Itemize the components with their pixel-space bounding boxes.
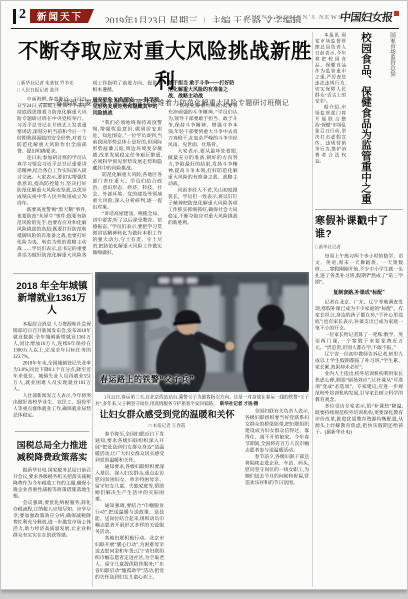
photo-caption-text: 1月22日,春运第二天,在北京西站站台,乘警父子为旅客指引方向。这是一对奋战在春…: [95, 395, 309, 406]
paragraph: 大家表示,要从最坏处着眼,做最充分的准备,朝好的方向努力,争取最好的结果,发扬斗…: [168, 148, 238, 187]
paragraph: 记者在北京、广东、辽宁等地调查发现,寒假补课已成为不少家庭的“标配”。有家长坦言…: [315, 299, 403, 332]
jobs-article-body: 本报综合消息 人力资源和社会保障部近日召开新闻发布会,发布2018年就业数据:全…: [13, 321, 91, 425]
column-hairline-left: [92, 273, 93, 587]
paragraph: 业内人士指出,校外培训机构利用家长焦虑心理,制造“剧场效应”,让补课从“可选项”…: [315, 371, 403, 404]
paragraph: 中南海畔,春意渐近。1月21日至24日,省部级主要领导干部坚持底线思维着力防范化…: [17, 96, 87, 155]
paragraph: “防范化解重大风险,需要有充沛顽强的斗争精神。”学员们认为,领导干部要敢于担当、…: [168, 103, 238, 149]
lead-paragraphs-2: “我们必须始终保持高度警惕,增强忧患意识,做到居安思危、知危图安。”一位学员谈到…: [93, 120, 163, 257]
market-kicker: 国家市场监管总局:: [385, 32, 400, 142]
paragraph: 本报讯 国家市场监督管理总局负责人日前表示,今年将把校园食品、保健食品作为监管重…: [315, 32, 346, 104]
paragraph: □ 新华社记者 朱基钗 罗争光: [17, 80, 87, 86]
tutoring-article-body: □ 新华社记者 每周上午练习两个多小时的数学、语文、英语,周末一天舞蹈班、一天奥…: [315, 244, 403, 596]
jobs-headline: 2018 年全年城镇新增就业1361万人: [13, 281, 91, 317]
paragraph: 据介绍,市场监管部门将开展联合整治“保健”市场乱象百日行动,坚决打击虚假宣传、违…: [315, 104, 346, 164]
paragraph: 各地妇联积极行动。北京市妇联开展“暖心行动”,为困难母亲送去慰问金和年货;辽宁省…: [95, 535, 164, 581]
paragraph: “我们必须始终保持高度警惕,增强忧患意识,做到居安思危、知危图安。”一位学员谈到…: [93, 120, 163, 172]
left-column-divider: [15, 431, 89, 432]
left-column: 2018 年全年城镇新增就业1361万人 本报综合消息 人力资源和社会保障部近日…: [13, 273, 91, 588]
column-hairline-right: [312, 32, 313, 587]
paragraph: □ 人民日报记者 张洋: [17, 87, 87, 93]
tutoring-paragraphs-2: 记者在北京、广东、辽宁等地调查发现,寒假补课已成为不少家庭的“标配”。有家长坦言…: [315, 299, 403, 436]
lead-crosshead-1: 居安思危 知危图安——科学预见形势发展走势和隐藏其中的风险挑战: [93, 97, 163, 117]
paragraph: 通知要求,各级妇联组织要深入基层、深入妇女群众,重点走访慰问贫困妇女、单亲特困母…: [95, 464, 164, 503]
dateline-separator: |: [204, 17, 206, 23]
paragraph: 春节将至,全国妇联近日下发通知,要求各级妇联组织深入开展“把爱送到妇女群众身边”…: [95, 431, 164, 464]
lead-bylines: □ 新华社记者 朱基钗 罗争光□ 人民日报记者 张洋: [17, 80, 87, 93]
market-article-body: 本报讯 国家市场监督管理总局负责人日前表示,今年将把校园食品、保健食品作为监管重…: [315, 32, 346, 204]
women-byline: □ 本报记者 王春霞: [95, 423, 239, 429]
masthead-rule: [11, 28, 399, 29]
masthead-bar: [13, 9, 16, 24]
right-column-divider: [315, 209, 403, 210]
paper-seal-icon: [394, 11, 399, 16]
women-article: 让妇女群众感受到党的温暖和关怀 □ 本报记者 王春霞 春节将至,全国妇联近日下发…: [95, 408, 309, 587]
right-column: 本报讯 国家市场监督管理总局负责人日前表示,今年将把校园食品、保健食品作为监管重…: [315, 32, 403, 596]
page-number: 2: [19, 7, 26, 23]
paragraph: 人社部新闻发言人表示,今年将突出做好高校毕业生、农民工、退役军人等重点群体就业工…: [13, 393, 91, 419]
masthead: 2 新闻天下 2019年1月23日 星期三|主编 王长路 文字编辑 韩亚聪 版式…: [13, 8, 399, 27]
women-paragraphs-side: 全国妇联有关负责人表示,各级妇联组织要当好党联系妇女群众的桥梁纽带,把妇联组织建…: [245, 408, 309, 585]
tutoring-paragraphs-1: 每周上午练习两个多小时的数学、语文、英语,周末一天舞蹈班、一天奥数班……寒假刚刚…: [315, 253, 403, 286]
newspaper-page: 2 新闻天下 2019年1月23日 星期三|主编 王长路 文字编辑 韩亚聪 版式…: [0, 0, 408, 590]
paper-name-english: CHINA WOMEN'S NEWS: [246, 14, 343, 21]
lead-crosshead-2: 敢于担当 敢于斗争——打好防范化解重大风险的有准备之战、战略主动战: [168, 80, 238, 100]
tax-article-body: 据新华社电 国家税务总局日前召开会议,要求各级税务机关把落实减税降费作为今年税收…: [13, 467, 91, 595]
women-paragraphs-main: 春节将至,全国妇联近日下发通知,要求各级妇联组织深入开展“把爱送到妇女群众身边”…: [95, 431, 239, 585]
tutoring-headline: 寒假补课戳中了谁?: [315, 215, 403, 241]
tutoring-article: 寒假补课戳中了谁? □ 新华社记者 每周上午练习两个多小时的数学、语文、英语,周…: [315, 215, 403, 596]
section-banner: 新闻天下: [30, 9, 94, 23]
paragraph: 防范化解重大风险,各地区各部门责任重大。学员们结合政治、意识形态、经济、科技、社…: [93, 172, 163, 211]
paragraph: 每周上午练习两个多小时的数学、语文、英语,周末一天舞蹈班、一天奥数班……寒假刚刚…: [315, 253, 403, 286]
paragraph: 多位受访专家表示,给“补课热”降温,既要持续规范校外培训机构,更要深化教育评价改…: [315, 403, 403, 436]
tax-headline: 国税总局全力推进减税降费政策落实: [13, 439, 91, 463]
lead-article-body: □ 新华社记者 朱基钗 罗争光□ 人民日报记者 张洋 中南海畔,春意渐近。1月2…: [17, 80, 313, 270]
women-headline: 让妇女群众感受到党的温暖和关怀: [95, 409, 239, 420]
tutoring-byline: □ 新华社记者: [315, 244, 403, 250]
paragraph: “讲话高屋建瓴、统揽全局、切中要害,听了以后深受教育、倍感振奋。”学员们表示,要…: [93, 211, 163, 257]
paragraph: 一位家长给记者算了一笔账:数学、英语两门课,一个寒假下来要花费近万元。“贵是贵,…: [315, 332, 403, 352]
lead-paragraphs-3: “防范化解重大风险,需要有充沛顽强的斗争精神。”学员们认为,领导干部要敢于担当、…: [168, 103, 238, 227]
paragraph: 春节前夕,各级妇联干部还将陆续走进企业、车站、码头,慰问坚守岗位的一线女职工,为…: [245, 454, 309, 487]
paragraph: 2018年年末,全国城镇登记失业率为3.8%,同比下降0.1个百分点,降至近年来…: [13, 360, 91, 393]
photo-caption: 1月22日,春运第二天,在北京西站站台,乘警父子为旅客指引方向。这是一对奋战在春…: [95, 394, 309, 407]
paragraph: 连日来,参加研讨班的学员认真学习领会习近平总书记重要讲话精神,结合各自工作实际深…: [17, 155, 87, 207]
market-regulator-article: 本报讯 国家市场监督管理总局负责人日前表示,今年将把校园食品、保健食品作为监管重…: [315, 32, 403, 204]
paragraph: 据新华社电 国家税务总局日前召开会议,要求各级税务机关把落实减税降费作为今年税收…: [13, 467, 91, 500]
paragraph: 风雨多经人不老,关山初度路犹长。学员们一致表示,将以钉钉子精神把防范化解重大风险…: [168, 187, 238, 226]
dateline-date: 2019年1月23日 星期三: [105, 17, 198, 23]
market-headline-vertical: 校园食品、保健食品为监管重中之重: [349, 32, 382, 204]
paragraph: 本报综合消息 人力资源和社会保障部近日召开新闻发布会,发布2018年就业数据:全…: [13, 321, 91, 360]
tutoring-crosshead: 复制套路,补课成“标配”: [315, 290, 403, 297]
news-photo: 春运路上的铁警“父子兵”: [95, 272, 309, 392]
paragraph: 全国妇联有关负责人表示,各级妇联组织要当好党联系妇女群众的桥梁纽带,把妇联组织建…: [245, 408, 309, 454]
photo-caption-title: 春运路上的铁警“父子兵”: [100, 374, 194, 385]
paragraph: 辽宁省一位初中教师告诉记者,班里九成以上学生假期都报了补习班,“学生累、家长累,…: [315, 351, 403, 371]
photo-credit: 新华社记者 才扬/摄: [220, 401, 258, 406]
paper-logo: 中国妇女报: [338, 9, 393, 25]
paragraph: 通知强调,要结合“巾帼脱贫行动”,把送温暖与送政策、送技能、送岗位结合起来,组织…: [95, 503, 164, 536]
paragraph: 会议强调,要优化纳税服务,简化办税流程,让纳税人应知尽知、应享尽享;要加强政策效…: [13, 500, 91, 539]
women-article-main: 让妇女群众感受到党的温暖和关怀 □ 本报记者 王春霞 春节将至,全国妇联近日下发…: [95, 408, 239, 587]
